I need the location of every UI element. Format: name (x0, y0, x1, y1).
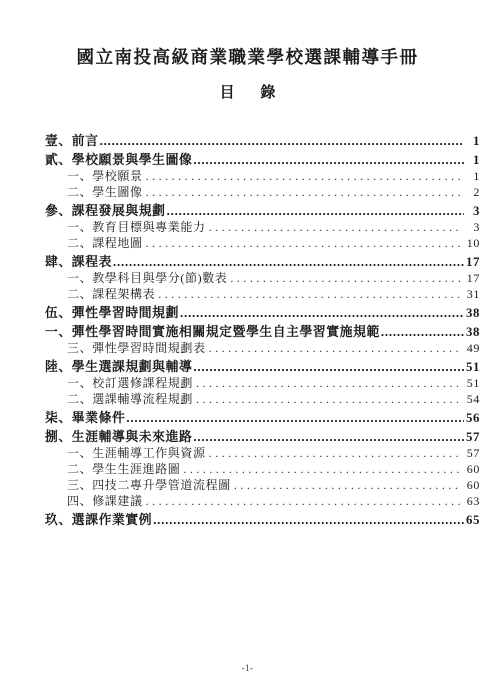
toc-entry-page: 1 (465, 134, 480, 149)
toc-dot-leader (180, 306, 464, 321)
toc-entry: 一、教育目標與專業能力 3 (45, 220, 480, 235)
toc-entry: 二、學生生涯進路圖 60 (45, 462, 480, 477)
toc-entry: 二、課程架構表 31 (45, 287, 480, 302)
toc-entry-label: 捌、生涯輔導與未來進路 (45, 430, 192, 445)
toc-dot-leader (100, 134, 464, 149)
toc-entry-page: 1 (465, 153, 480, 168)
toc-entry-page: 38 (465, 325, 480, 340)
toc-entry-page: 3 (465, 220, 480, 235)
toc-entry-page: 1 (465, 169, 480, 184)
toc-dot-leader (167, 204, 464, 219)
toc-entry: 三、四技二專升學管道流程圖 60 (45, 478, 480, 493)
toc-entry-page: 57 (465, 446, 480, 461)
toc-entry-page: 65 (465, 513, 480, 528)
toc-entry-page: 60 (465, 478, 480, 493)
toc-dot-leader (153, 513, 464, 528)
toc-entry-page: 63 (465, 494, 480, 509)
toc-dot-leader (209, 446, 462, 461)
toc-entry-label: 參、課程發展與規劃 (45, 204, 166, 219)
toc-entry: 肆、課程表 17 (45, 255, 480, 270)
toc-dot-leader (193, 153, 464, 168)
toc-entry: 伍、彈性學習時間規劃 38 (45, 306, 480, 321)
toc-entry-label: 壹、前言 (45, 134, 99, 149)
toc-dot-leader (146, 236, 462, 251)
toc-entry-label: 肆、課程表 (45, 255, 112, 270)
toc-entry-label: 四、修課建議 (67, 494, 143, 509)
toc-dot-leader (193, 430, 464, 445)
toc-entry: 柒、畢業條件 56 (45, 411, 480, 426)
toc-entry-page: 17 (465, 271, 480, 286)
toc-heading: 目 錄 (0, 81, 495, 102)
toc-entry-label: 二、選課輔導流程規劃 (67, 392, 193, 407)
toc-entry-label: 二、課程架構表 (67, 287, 155, 302)
toc-entry: 捌、生涯輔導與未來進路 57 (45, 430, 480, 445)
toc-entry: 玖、選課作業實例 65 (45, 513, 480, 528)
toc-entry-page: 51 (465, 360, 480, 375)
toc-entry: 陸、學生選課規劃與輔導 51 (45, 360, 480, 375)
toc-entry-page: 3 (465, 204, 480, 219)
toc-list: 壹、前言 1 貳、學校願景與學生圖像 1 一、學校願景 1 二、學生圖像 2 參… (45, 130, 480, 528)
document-title: 國立南投高級商業職業學校選課輔導手冊 (0, 44, 495, 69)
toc-entry: 壹、前言 1 (45, 134, 480, 149)
toc-entry-label: 貳、學校願景與學生圖像 (45, 153, 192, 168)
toc-entry-label: 玖、選課作業實例 (45, 513, 152, 528)
toc-entry-label: 一、彈性學習時間實施相關規定暨學生自主學習實施規範 (45, 325, 380, 340)
toc-entry: 參、課程發展與規劃 3 (45, 204, 480, 219)
toc-entry-label: 二、學生生涯進路圖 (67, 462, 180, 477)
toc-entry-label: 伍、彈性學習時間規劃 (45, 306, 179, 321)
toc-entry-label: 柒、畢業條件 (45, 411, 125, 426)
toc-entry-page: 2 (465, 185, 480, 200)
toc-entry-label: 二、學生圖像 (67, 185, 143, 200)
toc-entry-page: 51 (465, 376, 480, 391)
toc-entry: 一、彈性學習時間實施相關規定暨學生自主學習實施規範 38 (45, 325, 480, 340)
toc-dot-leader (158, 287, 462, 302)
toc-entry: 貳、學校願景與學生圖像 1 (45, 153, 480, 168)
toc-entry: 二、學生圖像 2 (45, 185, 480, 200)
toc-entry-label: 一、生涯輔導工作與資源 (67, 446, 206, 461)
toc-dot-leader (146, 494, 462, 509)
toc-dot-leader (381, 325, 464, 340)
page-number-footer: -1- (0, 663, 495, 673)
toc-entry-label: 陸、學生選課規劃與輔導 (45, 360, 192, 375)
toc-entry-label: 一、教學科目與學分(節)數表 (67, 271, 227, 286)
toc-entry-label: 一、校訂選修課程規劃 (67, 376, 193, 391)
toc-entry-page: 17 (465, 255, 480, 270)
toc-entry: 一、教學科目與學分(節)數表 17 (45, 271, 480, 286)
toc-dot-leader (146, 169, 462, 184)
toc-entry-label: 一、教育目標與專業能力 (67, 220, 206, 235)
toc-dot-leader (230, 271, 462, 286)
toc-entry: 三、彈性學習時間規劃表 49 (45, 341, 480, 356)
toc-entry-page: 49 (465, 341, 480, 356)
toc-entry-page: 54 (465, 392, 480, 407)
toc-entry: 一、學校願景 1 (45, 169, 480, 184)
toc-dot-leader (234, 478, 462, 493)
toc-dot-leader (196, 376, 462, 391)
toc-dot-leader (113, 255, 464, 270)
toc-entry-page: 31 (465, 287, 480, 302)
toc-dot-leader (126, 411, 464, 426)
toc-entry-page: 56 (465, 411, 480, 426)
toc-entry: 二、選課輔導流程規劃 54 (45, 392, 480, 407)
toc-entry-label: 三、彈性學習時間規劃表 (67, 341, 206, 356)
toc-entry-label: 二、課程地圖 (67, 236, 143, 251)
toc-dot-leader (183, 462, 462, 477)
toc-dot-leader (196, 392, 462, 407)
toc-entry-label: 三、四技二專升學管道流程圖 (67, 478, 231, 493)
toc-entry-page: 38 (465, 306, 480, 321)
toc-entry-page: 57 (465, 430, 480, 445)
toc-entry: 二、課程地圖 10 (45, 236, 480, 251)
toc-entry: 一、生涯輔導工作與資源 57 (45, 446, 480, 461)
document-page: 國立南投高級商業職業學校選課輔導手冊 目 錄 壹、前言 1 貳、學校願景與學生圖… (0, 0, 495, 700)
toc-entry: 四、修課建議 63 (45, 494, 480, 509)
toc-dot-leader (209, 220, 462, 235)
toc-dot-leader (193, 360, 464, 375)
toc-entry: 一、校訂選修課程規劃 51 (45, 376, 480, 391)
toc-entry-page: 60 (465, 462, 480, 477)
toc-dot-leader (146, 185, 462, 200)
toc-dot-leader (209, 341, 462, 356)
toc-entry-label: 一、學校願景 (67, 169, 143, 184)
toc-entry-page: 10 (465, 236, 480, 251)
